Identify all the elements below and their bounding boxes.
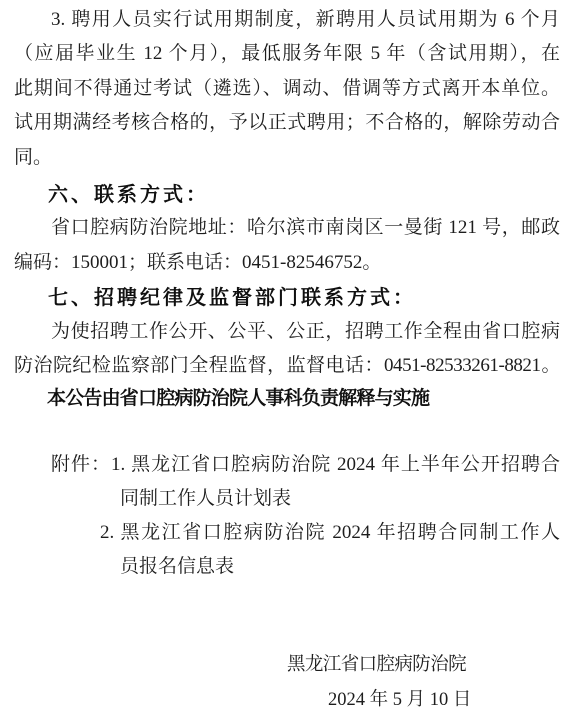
responsibility-statement: 本公告由省口腔病防治院人事科负责解释与实施 [47, 386, 429, 412]
contact-line-2: 编码：150001；联系电话：0451-82546752。 [14, 250, 560, 276]
probation-line-3: 此期间不得通过考试（遴选）、调动、借调等方式离开本单位。 [14, 76, 560, 102]
contact-line-1: 省口腔病防治院地址：哈尔滨市南岗区一曼街 121 号，邮政 [51, 215, 560, 241]
signature-organization: 黑龙江省口腔病防治院 [287, 652, 466, 678]
attachments-line-2: 同制工作人员计划表 [120, 486, 291, 512]
probation-line-1: 3. 聘用人员实行试用期制度，新聘用人员试用期为 6 个月 [51, 7, 560, 33]
attachments-line-4: 员报名信息表 [120, 554, 234, 580]
attachments-line-3: 2. 黑龙江省口腔病防治院 2024 年招聘合同制工作人 [100, 520, 560, 546]
discipline-line-1: 为使招聘工作公开、公平、公正，招聘工作全程由省口腔病 [51, 319, 560, 345]
probation-line-4: 试用期满经考核合格的，予以正式聘用；不合格的，解除劳动合 [14, 110, 560, 136]
signature-date: 2024 年 5 月 10 日 [328, 687, 471, 713]
probation-line-5: 同。 [14, 145, 560, 171]
probation-line-2: （应届毕业生 12 个月），最低服务年限 5 年（含试用期），在 [14, 41, 560, 67]
document-page: 3. 聘用人员实行试用期制度，新聘用人员试用期为 6 个月 （应届毕业生 12 … [0, 0, 574, 721]
discipline-line-2: 防治院纪检监察部门全程监督，监督电话：0451-82533261-8821。 [14, 353, 560, 379]
discipline-section-heading: 七、招聘纪律及监督部门联系方式： [48, 285, 416, 311]
attachments-line-1: 附件：1. 黑龙江省口腔病防治院 2024 年上半年公开招聘合 [51, 452, 560, 478]
contact-section-heading: 六、联系方式： [48, 182, 209, 208]
